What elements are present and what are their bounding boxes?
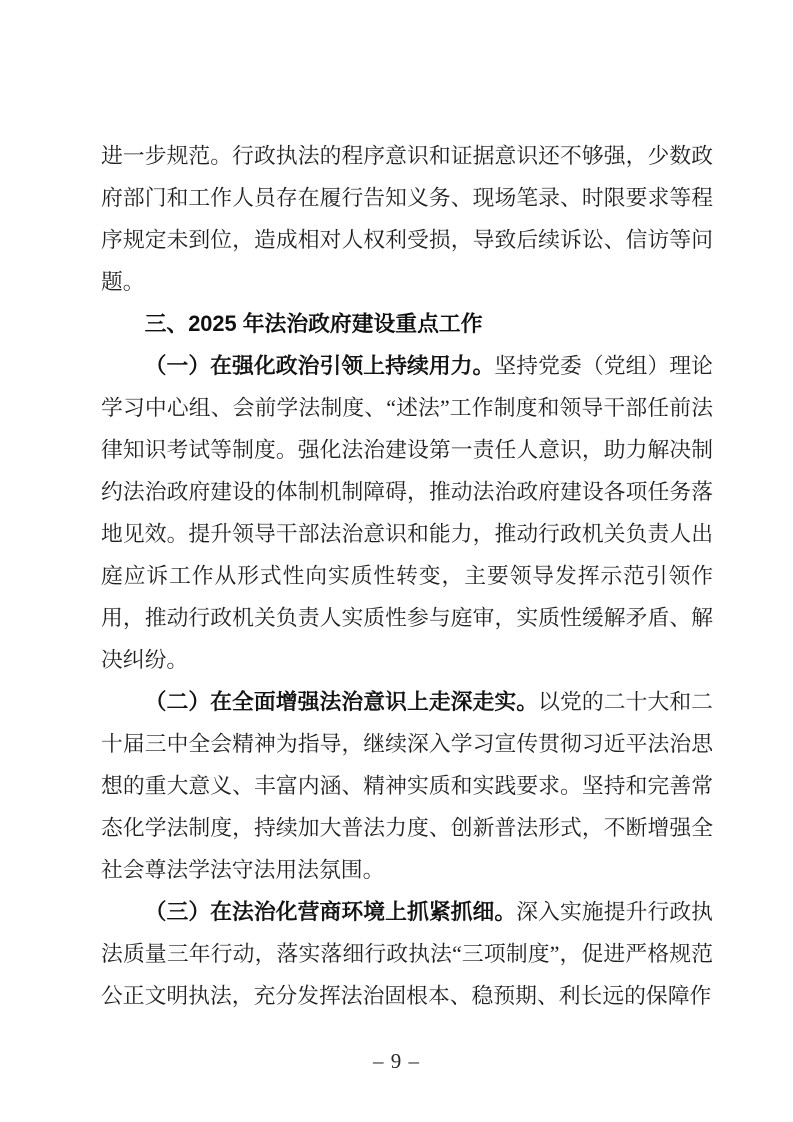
subsection-1-lead: （一）在强化政治引领上持续用力。 <box>145 354 495 378</box>
subsection-2-body: 以党的二十大和二十届三中全会精神为指导，继续深入学习宣传贯彻习近平法治思想的重大… <box>101 690 713 882</box>
subsection-2-lead: （二）在全面增强法治意识上走深走实。 <box>145 690 539 714</box>
document-page: 进一步规范。行政执法的程序意识和证据意识还不够强，少数政府部门和工作人员存在履行… <box>101 135 713 1017</box>
section-heading: 三、2025 年法治政府建设重点工作 <box>101 303 713 345</box>
document-text-block: 进一步规范。行政执法的程序意识和证据意识还不够强，少数政府部门和工作人员存在履行… <box>101 135 713 1017</box>
subsection-3-lead: （三）在法治化营商环境上抓紧抓细。 <box>145 900 517 924</box>
intro-paragraph: 进一步规范。行政执法的程序意识和证据意识还不够强，少数政府部门和工作人员存在履行… <box>101 135 713 303</box>
subsection-paragraph-1: （一）在强化政治引领上持续用力。坚持党委（党组）理论学习中心组、会前学法制度、“… <box>101 345 713 681</box>
subsection-paragraph-3: （三）在法治化营商环境上抓紧抓细。深入实施提升行政执法质量三年行动，落实落细行政… <box>101 891 713 1017</box>
subsection-paragraph-2: （二）在全面增强法治意识上走深走实。以党的二十大和二十届三中全会精神为指导，继续… <box>101 681 713 891</box>
subsection-1-body: 坚持党委（党组）理论学习中心组、会前学法制度、“述法”工作制度和领导干部任前法律… <box>101 354 713 672</box>
page-number: – 9 – <box>0 1046 793 1076</box>
